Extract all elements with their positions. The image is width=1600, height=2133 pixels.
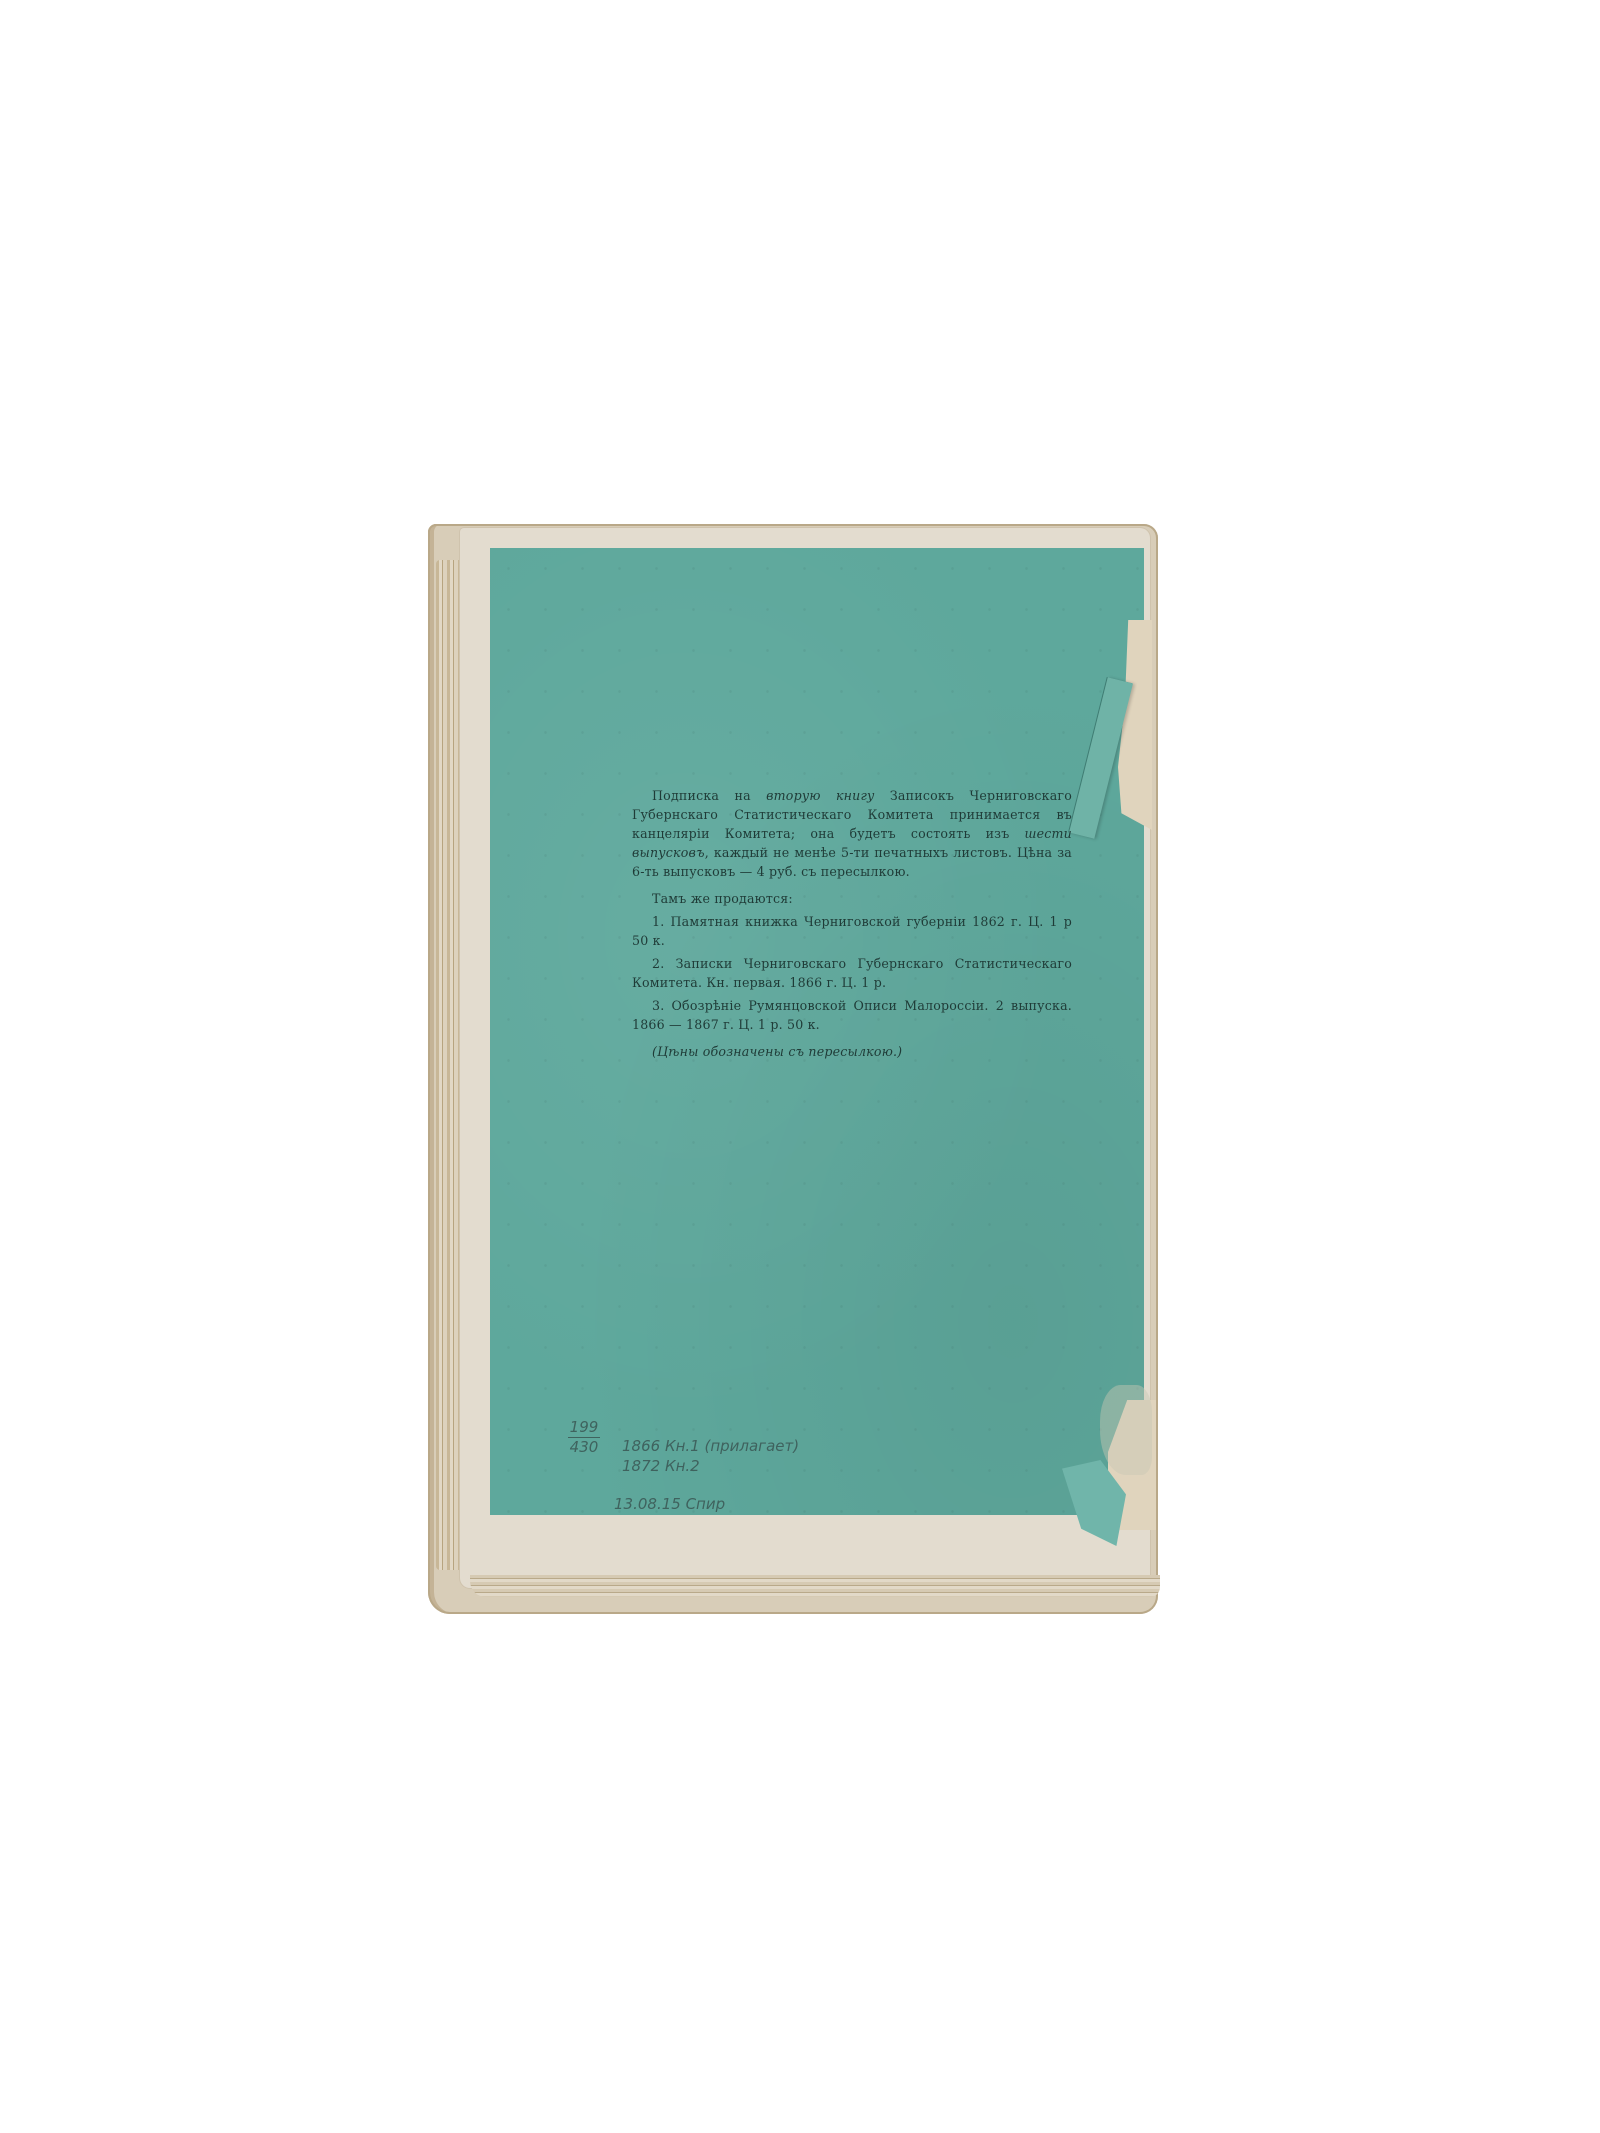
pencil-shelfmark: 199 430 — [568, 1418, 600, 1456]
price-note: (Цѣны обозначены съ пересылкою.) — [632, 1042, 1072, 1061]
printed-notice: Подписка на вторую книгу Записокъ Черниг… — [632, 786, 1072, 1061]
sold-item-3: 3. Обозрѣніе Румянцовской Описи Малоросс… — [632, 996, 1072, 1034]
also-sold-heading: Тамъ же продаются: — [632, 889, 1072, 908]
page-edges-bottom — [470, 1575, 1160, 1597]
sold-item-1: 1. Памятная книжка Черниговской губерніи… — [632, 912, 1072, 950]
subscription-lead: Подписка на — [652, 788, 766, 803]
sold-item-2: 2. Записки Черниговскаго Губернскаго Ста… — [632, 954, 1072, 992]
pencil-note-date: 13.08.15 Спир — [614, 1495, 725, 1513]
subscription-paragraph: Подписка на вторую книгу Записокъ Черниг… — [632, 786, 1072, 881]
shelfmark-denominator: 430 — [568, 1438, 600, 1456]
pencil-note-line-1: 1866 Кн.1 (прилагает) — [622, 1437, 799, 1455]
shelfmark-numerator: 199 — [568, 1418, 600, 1438]
booklet: Подписка на вторую книгу Записокъ Черниг… — [0, 0, 1600, 2133]
pencil-note-line-2: 1872 Кн.2 — [622, 1457, 700, 1475]
subscription-italic-book: вторую книгу — [766, 788, 874, 803]
stain-patch — [1100, 1385, 1152, 1475]
